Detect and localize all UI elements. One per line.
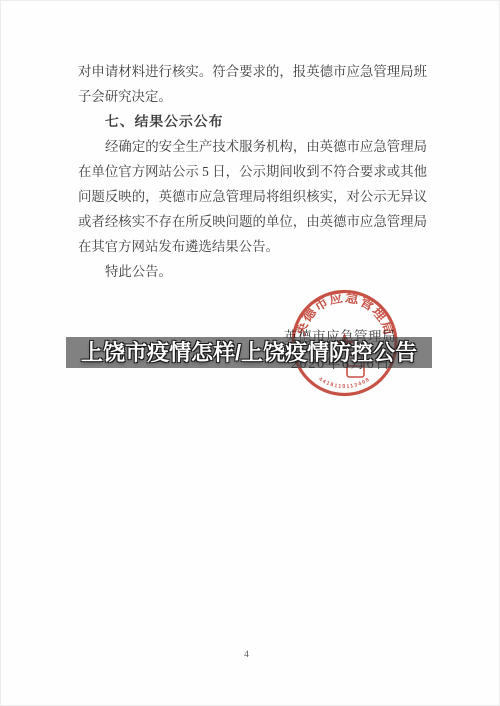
body-line: 或者经核实不存在所反映问题的单位，由英德市应急管理局 [78, 209, 427, 234]
body-line: 在其官方网站发布遴选结果公告。 [78, 234, 427, 259]
seal-code-digits: 4418110113408 [317, 376, 371, 390]
document-page: 对申请材料进行核实。符合要求的，报英德市应急管理局班 子会研究决定。 七、结果公… [0, 0, 500, 706]
body-line: 问题反映的，英德市应急管理局将组织核实，对公示无异议 [78, 184, 427, 209]
body-line: 对申请材料进行核实。符合要求的，报英德市应急管理局班 [78, 59, 427, 84]
seal-arc-text: 英德市应急管理局 [291, 289, 397, 338]
closing-line: 特此公告。 [78, 259, 427, 284]
body-line: 子会研究决定。 [78, 84, 427, 109]
watermark-banner-text: 上饶市疫情怎样/上饶疫情防控公告 [81, 337, 417, 368]
watermark-banner: 上饶市疫情怎样/上饶疫情防控公告 [66, 337, 432, 368]
body-line: 在单位官方网站公示 5 日，公示期间收到不符合要求或其他 [78, 159, 427, 184]
page-number: 4 [0, 650, 493, 660]
document-body: 对申请材料进行核实。符合要求的，报英德市应急管理局班 子会研究决定。 七、结果公… [78, 59, 427, 284]
body-line: 经确定的安全生产技术服务机构，由英德市应急管理局 [78, 134, 427, 159]
section-heading: 七、结果公示公布 [78, 109, 427, 134]
